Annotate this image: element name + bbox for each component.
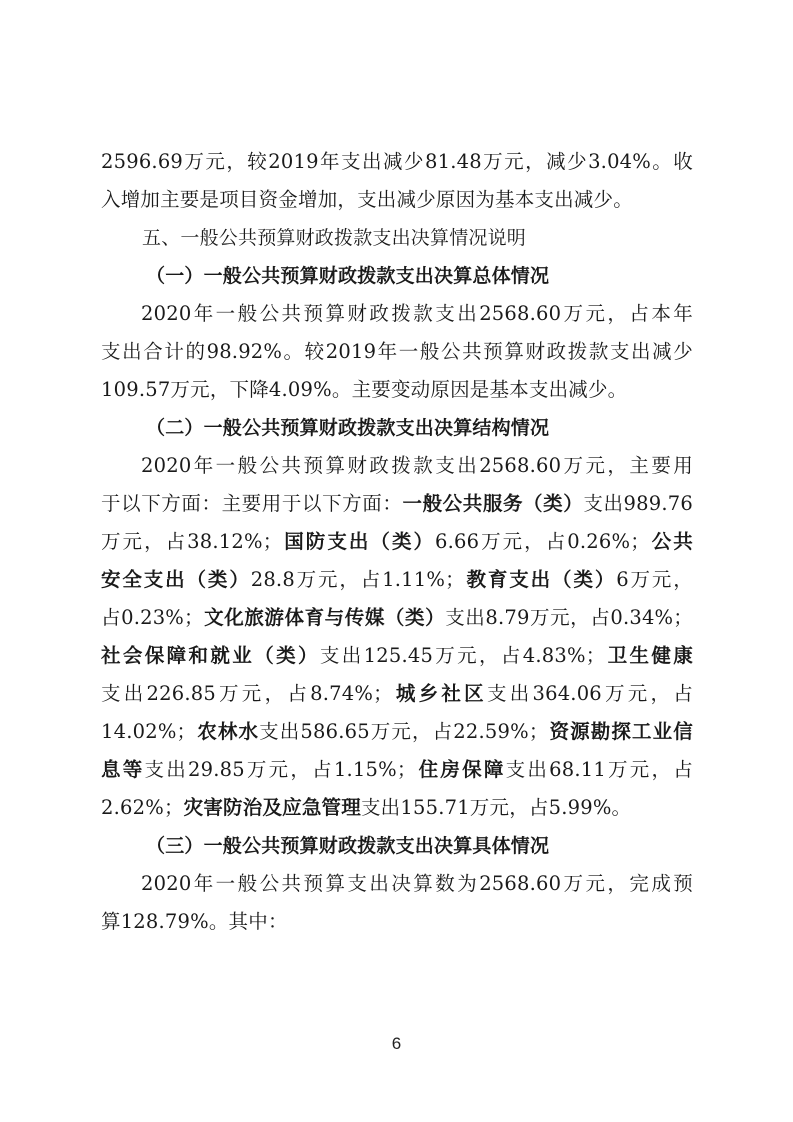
plain-text: 6.66万元，占0.26%； <box>435 530 650 553</box>
category-name: 社会保障和就业（类） <box>101 644 320 667</box>
page-number: 6 <box>0 1034 793 1054</box>
body-text-line: 支出合计的98.92%。较2019年一般公共预算财政拨款支出减少 <box>101 333 693 371</box>
body-text-line: 支出226.85万元，占8.74%；城乡社区支出364.06万元，占 <box>101 675 693 713</box>
body-text-line: 万元，占38.12%；国防支出（类）6.66万元，占0.26%；公共 <box>101 523 693 561</box>
body-text-line: 算128.79%。其中： <box>101 903 693 941</box>
body-text-line: 14.02%；农林水支出586.65万元，占22.59%；资源勘探工业信 <box>101 713 693 751</box>
category-name: 息等 <box>101 758 145 781</box>
plain-text: 6万元， <box>616 568 693 591</box>
plain-text: 万元，占38.12%； <box>101 530 282 553</box>
body-text-line: 2.62%；灾害防治及应急管理支出155.71万元，占5.99%。 <box>101 789 693 827</box>
plain-text: 支出226.85万元，占8.74%； <box>101 682 393 705</box>
subsection-heading-2: （二）一般公共预算财政拨款支出决算结构情况 <box>101 409 693 447</box>
category-name: 国防支出（类） <box>282 530 435 553</box>
body-text-line: 占0.23%；文化旅游体育与传媒（类）支出8.79万元，占0.34%； <box>101 599 693 637</box>
subsection-heading-1: （一）一般公共预算财政拨款支出决算总体情况 <box>101 257 693 295</box>
plain-text: 14.02%； <box>101 720 196 743</box>
body-text-line: 于以下方面：主要用于以下方面：一般公共服务（类）支出989.76 <box>101 485 693 523</box>
category-name: 文化旅游体育与传媒（类） <box>204 606 445 629</box>
category-name: 住房保障 <box>417 758 506 781</box>
category-name: 资源勘探工业信 <box>549 720 693 743</box>
plain-text: 支出29.85万元，占1.15%； <box>145 758 417 781</box>
category-name: 灾害防治及应急管理 <box>184 796 361 819</box>
category-name: 农林水 <box>196 720 259 743</box>
plain-text: 于以下方面：主要用于以下方面： <box>101 492 402 515</box>
plain-text: 28.8万元，占1.11%； <box>251 568 465 591</box>
body-text-line: 安全支出（类）28.8万元，占1.11%；教育支出（类）6万元， <box>101 561 693 599</box>
category-name: 卫生健康 <box>605 644 693 667</box>
plain-text: 支出989.76 <box>583 492 693 515</box>
plain-text: 占0.23%； <box>101 606 204 629</box>
category-name: 安全支出（类） <box>101 568 251 591</box>
body-text-line: 2020年一般公共预算财政拨款支出2568.60万元，占本年 <box>101 295 693 333</box>
category-name: 公共 <box>650 530 693 553</box>
plain-text: 支出125.45万元，占4.83%； <box>320 644 606 667</box>
plain-text: 支出586.65万元，占22.59%； <box>259 720 548 743</box>
plain-text: 2.62%； <box>101 796 184 819</box>
body-text-line: 2020年一般公共预算财政拨款支出2568.60万元，主要用 <box>101 447 693 485</box>
plain-text: 支出155.71万元，占5.99%。 <box>361 796 631 819</box>
body-text-line: 社会保障和就业（类）支出125.45万元，占4.83%；卫生健康 <box>101 637 693 675</box>
subsection-heading-3: （三）一般公共预算财政拨款支出决算具体情况 <box>101 827 693 865</box>
plain-text: 支出68.11万元，占 <box>506 758 693 781</box>
category-name: 教育支出（类） <box>465 568 616 591</box>
category-name: 城乡社区 <box>393 682 487 705</box>
plain-text: 支出364.06万元，占 <box>487 682 693 705</box>
body-text-line: 息等支出29.85万元，占1.15%；住房保障支出68.11万元，占 <box>101 751 693 789</box>
category-name: 一般公共服务（类） <box>402 492 583 515</box>
plain-text: 支出8.79万元，占0.34%； <box>445 606 693 629</box>
body-text-line: 入增加主要是项目资金增加，支出减少原因为基本支出减少。 <box>101 181 693 219</box>
body-text-line: 109.57万元，下降4.09%。主要变动原因是基本支出减少。 <box>101 371 693 409</box>
body-text-line: 2020年一般公共预算支出决算数为2568.60万元，完成预 <box>101 865 693 903</box>
body-text-line: 2596.69万元，较2019年支出减少81.48万元，减少3.04%。收 <box>101 143 693 181</box>
section-heading: 五、一般公共预算财政拨款支出决算情况说明 <box>101 219 693 257</box>
document-page: 2596.69万元，较2019年支出减少81.48万元，减少3.04%。收 入增… <box>101 143 693 941</box>
